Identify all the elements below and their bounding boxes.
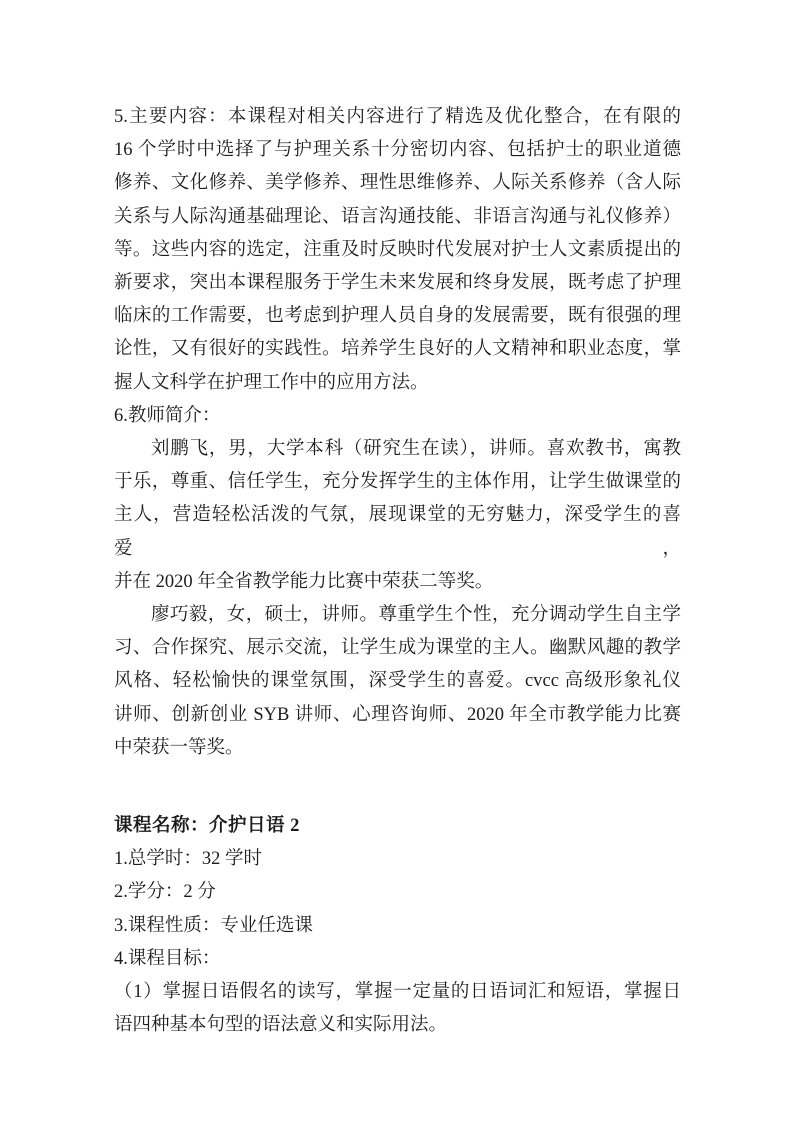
text-line: 主人，营造轻松活泼的气氛，展现课堂的无穷魅力，深受学生的喜爱， — [114, 499, 681, 565]
document-page: 5.主要内容：本课程对相关内容进行了精选及优化整合，在有限的16 个学时中选择了… — [0, 0, 793, 1122]
text-line: 刘鹏飞，男，大学本科（研究生在读），讲师。喜欢教书，寓教 — [114, 433, 681, 466]
text-line: 5.主要内容：本课程对相关内容进行了精选及优化整合，在有限的 — [114, 101, 681, 134]
text-line: 6.教师简介： — [114, 400, 681, 433]
teacher-bio-liu-pengfei: 刘鹏飞，男，大学本科（研究生在读），讲师。喜欢教书，寓教于乐，尊重、信任学生，充… — [114, 433, 681, 599]
text-line: （1）掌握日语假名的读写，掌握一定量的日语词汇和短语，掌握日 — [114, 976, 681, 1009]
text-line: 修养、文化修养、美学修养、理性思维修养、人际关系修养（含人际 — [114, 167, 681, 200]
text-line: 握人文科学在护理工作中的应用方法。 — [114, 367, 681, 400]
item-2-credits: 2.学分：2 分 — [114, 876, 681, 909]
text-line: 临床的工作需要，也考虑到护理人员自身的发展需要，既有很强的理 — [114, 300, 681, 333]
text-line: 16 个学时中选择了与护理关系十分密切内容、包括护士的职业道德 — [114, 134, 681, 167]
text-line: 课程名称：介护日语 2 — [114, 810, 681, 843]
text-line: 风格、轻松愉快的课堂氛围，深受学生的喜爱。cvcc 高级形象礼仪 — [114, 665, 681, 698]
text-line: 新要求，突出本课程服务于学生未来发展和终身发展，既考虑了护理 — [114, 267, 681, 300]
course-title-heading: 课程名称：介护日语 2 — [114, 810, 681, 843]
text-line: 4.课程目标： — [114, 943, 681, 976]
item-4-course-goals-label: 4.课程目标： — [114, 943, 681, 976]
text-line: 于乐，尊重、信任学生，充分发挥学生的主体作用，让学生做课堂的 — [114, 466, 681, 499]
text-line: 1.总学时：32 学时 — [114, 843, 681, 876]
text-line: 关系与人际沟通基础理论、语言沟通技能、非语言沟通与礼仪修养） — [114, 201, 681, 234]
section-6-teacher-intro-label: 6.教师简介： — [114, 400, 681, 433]
text-line: 论性，又有很好的实践性。培养学生良好的人文精神和职业态度，掌 — [114, 333, 681, 366]
text-line: 语四种基本句型的语法意义和实际用法。 — [114, 1009, 681, 1042]
text-line: 等。这些内容的选定，注重及时反映时代发展对护士人文素质提出的 — [114, 234, 681, 267]
text-line: 3.课程性质：专业任选课 — [114, 910, 681, 943]
text-line: 廖巧毅，女，硕士，讲师。尊重学生个性，充分调动学生自主学 — [114, 599, 681, 632]
course-goal-1: （1）掌握日语假名的读写，掌握一定量的日语词汇和短语，掌握日语四种基本句型的语法… — [114, 976, 681, 1042]
text-line: 习、合作探究、展示交流，让学生成为课堂的主人。幽默风趣的教学 — [114, 632, 681, 665]
item-3-course-nature: 3.课程性质：专业任选课 — [114, 910, 681, 943]
text-line: 2.学分：2 分 — [114, 876, 681, 909]
item-1-total-hours: 1.总学时：32 学时 — [114, 843, 681, 876]
document-content: 5.主要内容：本课程对相关内容进行了精选及优化整合，在有限的16 个学时中选择了… — [114, 101, 681, 1042]
blank-gap — [114, 765, 681, 810]
text-line: 讲师、创新创业 SYB 讲师、心理咨询师、2020 年全市教学能力比赛 — [114, 699, 681, 732]
teacher-bio-liao-qiaoyi: 廖巧毅，女，硕士，讲师。尊重学生个性，充分调动学生自主学习、合作探究、展示交流，… — [114, 599, 681, 765]
text-line: 并在 2020 年全省教学能力比赛中荣获二等奖。 — [114, 566, 681, 599]
text-line: 中荣获一等奖。 — [114, 732, 681, 765]
section-5-main-content: 5.主要内容：本课程对相关内容进行了精选及优化整合，在有限的16 个学时中选择了… — [114, 101, 681, 400]
